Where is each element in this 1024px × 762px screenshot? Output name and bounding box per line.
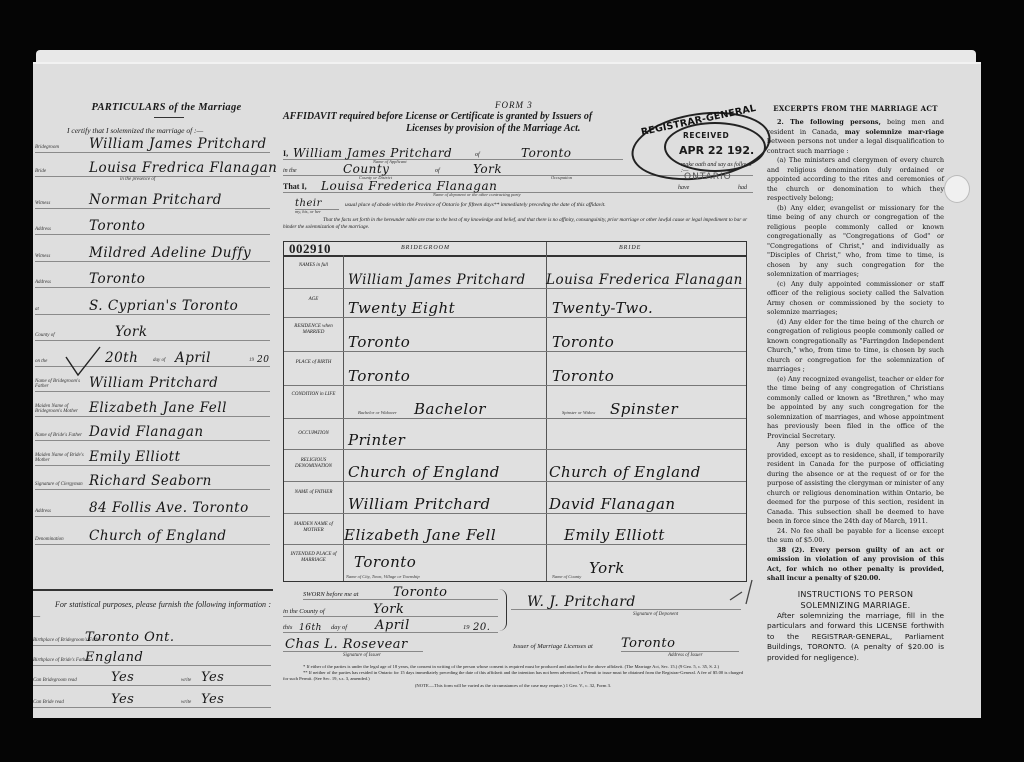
field-groom-father-birthplace: Birthplace of Bridegroom's FatherToronto…	[33, 627, 271, 646]
table-row-father: NAME of FATHERWilliam PritchardDavid Fla…	[284, 482, 746, 514]
excerpt-d: (d) Any elder for the time being of the …	[767, 318, 944, 375]
issuer-caption: Signature of Issuer	[343, 653, 381, 658]
field-bride-father: Name of Bride's FatherDavid Flanagan	[35, 420, 270, 441]
field-witness-2-address: AddressToronto	[35, 267, 270, 288]
affidavit-title-line2: Licenses by provision of the Marriage Ac…	[406, 123, 580, 134]
excerpt-b: (b) Any elder, evangelist or missionary …	[767, 204, 944, 280]
footnote-3: (NOTE.—This form will be varied as the c…	[283, 683, 743, 689]
bridegroom-header: BRIDEGROOM	[401, 245, 450, 251]
excerpt-a: (a) The ministers and clergymen of every…	[767, 156, 944, 204]
statistical-divider	[33, 589, 273, 591]
excerpt-c: (c) Any duly appointed commissioner or s…	[767, 280, 944, 318]
sworn-county-line: in the County ofYork	[283, 602, 498, 617]
excerpt-residence: Any person who is duly qualified as abov…	[767, 441, 944, 527]
abode-line: their my, his, or her usual place of abo…	[283, 194, 753, 209]
table-row-denomination: RELIGIOUS DENOMINATIONChurch of EnglandC…	[284, 450, 746, 482]
facts-declaration: That the facts set forth in the hereunde…	[283, 217, 748, 230]
footnotes: * If either of the parties is under the …	[283, 664, 743, 689]
title-rule	[154, 117, 184, 118]
field-groom-literacy: Can Bridegroom readYeswriteYes	[33, 667, 271, 686]
field-bride-mother: Maiden Name of Bride's MotherEmily Ellio…	[35, 445, 270, 466]
bride-header: BRIDE	[619, 245, 641, 251]
stamp-date: APR 22 192.	[679, 144, 754, 157]
address-caption: Address of Issuer	[668, 653, 703, 658]
field-clergyman-address: Address84 Follis Ave. Toronto	[35, 496, 270, 517]
field-bride-father-birthplace: Birthplace of Bride's FatherEngland	[33, 647, 271, 666]
marriage-act-excerpts: EXCERPTS FROM THE MARRIAGE ACT 2. The fo…	[767, 104, 944, 663]
field-denomination: DenominationChurch of England	[35, 524, 270, 545]
excerpts-title: EXCERPTS FROM THE MARRIAGE ACT	[767, 104, 944, 113]
stamp-ontario: ONTARIO	[684, 172, 732, 182]
footnote-2: ** If neither of the parties has resided…	[283, 670, 743, 682]
applicant-line: I, William James Pritchard Name of Appli…	[283, 144, 623, 160]
table-row-residence: RESIDENCE when MARRIEDTorontoToronto	[284, 318, 746, 352]
instructions-text: After solemnizing the marriage, fill in …	[767, 611, 944, 664]
table-row-birthplace: PLACE of BIRTHTorontoToronto	[284, 352, 746, 386]
excerpt-e: (e) Any recognized evangelist, teacher o…	[767, 375, 944, 442]
sworn-place-line: SWORN before me atToronto	[303, 585, 498, 600]
table-row-intended-place: INTENDED PLACE of MARRIAGETorontoName of…	[284, 545, 746, 580]
table-row-occupation: OCCUPATIONPrinter	[284, 419, 746, 450]
sworn-date-line: this16thday ofApril1920.	[283, 618, 498, 633]
field-clergyman-signature: Signature of ClergymanRichard Seaborn	[35, 469, 270, 490]
instructions-title: INSTRUCTIONS TO PERSON SOLEMNIZING MARRI…	[767, 589, 944, 611]
field-witness-2: WitnessMildred Adeline Duffy	[35, 241, 270, 262]
issuer-signature-line: Chas L. Rosevear	[283, 637, 423, 652]
field-bride: BrideLouisa Fredrica Flanaganin the pres…	[35, 156, 270, 177]
particulars-title: PARTICULARS of the Marriage	[69, 102, 264, 113]
table-row-condition: CONDITION in LIFEBachelor or WidowerBach…	[284, 386, 746, 419]
excerpt-38: 38 (2). Every person guilty of an act or…	[767, 546, 944, 584]
statistical-intro: For statistical purposes, please furnish…	[33, 599, 271, 621]
deponent-caption: Signature of Deponent	[633, 612, 678, 617]
excerpt-section-2: 2. The following persons, being men and …	[767, 118, 944, 156]
excerpt-24: 24. No fee shall be payable for a licens…	[767, 527, 944, 546]
issuer-address-line: Issuer of Marriage Licenses atToronto	[513, 637, 741, 651]
table-row-mother: MAIDEN NAME of MOTHERElizabeth Jane Fell…	[284, 514, 746, 545]
field-county: County ofYork	[35, 320, 270, 341]
field-groom-mother: Maiden Name of Bridegroom's MotherElizab…	[35, 396, 270, 417]
table-row-age: AGETwenty EightTwenty-Two.	[284, 289, 746, 318]
stamp-received: RECEIVED	[683, 131, 729, 140]
particulars-table: 002910 BRIDEGROOM BRIDE NAMES in fullWil…	[283, 241, 747, 582]
brace	[498, 589, 507, 631]
field-place: atS. Cyprian's Toronto	[35, 294, 270, 315]
field-witness-1: WitnessNorman Pritchard	[35, 188, 270, 209]
punch-hole	[944, 175, 970, 203]
check-mark-icon	[64, 345, 104, 379]
field-bridegroom: BridegroomWilliam James Pritchard	[35, 132, 270, 153]
field-bride-literacy: Can Bride readYeswriteYes	[33, 689, 271, 708]
deponent-signature-line: W. J. Pritchard	[511, 595, 741, 610]
field-witness-1-address: AddressToronto	[35, 214, 270, 235]
form-number: FORM 3	[495, 100, 533, 110]
table-row-names: NAMES in fullWilliam James PritchardLoui…	[284, 257, 746, 289]
